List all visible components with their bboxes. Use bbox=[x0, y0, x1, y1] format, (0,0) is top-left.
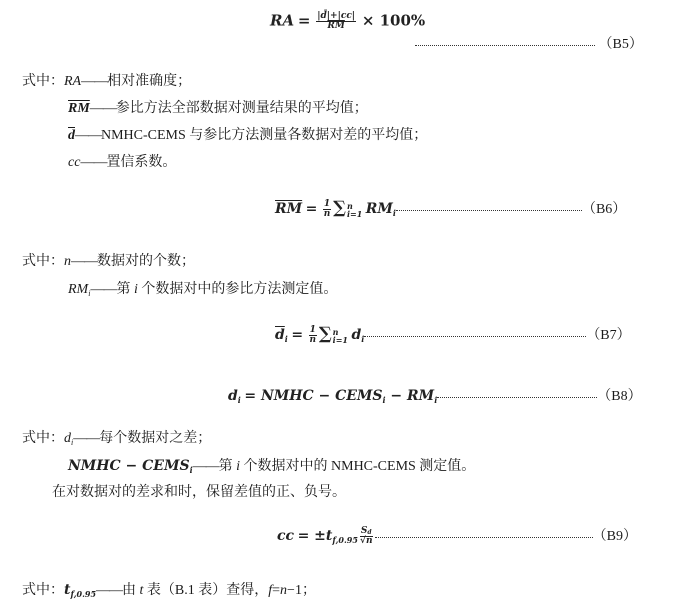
dot-leader bbox=[375, 537, 593, 538]
where-block-b6: 式中：n——数据对的个数； bbox=[22, 255, 195, 269]
def-text-n: n bbox=[280, 583, 287, 598]
em-dash: —— bbox=[193, 459, 219, 474]
b7-frac-den: n bbox=[309, 336, 317, 345]
where-label: 式中： bbox=[22, 583, 64, 598]
em-dash: —— bbox=[81, 74, 107, 89]
equation-b9: cc = ±tf,0.95 Sd √n （B9） bbox=[277, 527, 637, 547]
b9-rhs: = ±t bbox=[298, 528, 333, 544]
b8-lhs-sub: i bbox=[238, 395, 241, 405]
where-label: 式中： bbox=[22, 74, 64, 89]
em-dash: —— bbox=[80, 155, 106, 170]
equation-b5-leader: （B5） bbox=[415, 38, 643, 52]
def-symbol-rm-i: RM bbox=[68, 282, 88, 297]
def-symbol-n: n bbox=[64, 254, 71, 269]
em-dash: —— bbox=[73, 431, 99, 446]
def-symbol-t-sub: f,0.95 bbox=[70, 589, 96, 599]
b5-denominator: RM bbox=[316, 22, 356, 31]
def-text-rm-bar: 参比方法全部数据对测量结果的平均值； bbox=[116, 101, 368, 116]
dot-leader bbox=[415, 45, 595, 46]
equation-number-b9: （B9） bbox=[593, 529, 637, 544]
def-rm-i: RMi——第 i 个数据对中的参比方法测定值。 bbox=[68, 283, 337, 298]
b9-rhs-sub: f,0.95 bbox=[332, 535, 358, 545]
def-d-bar: d——NMHC-CEMS 与参比方法测量各数据对差的平均值； bbox=[68, 129, 427, 143]
em-dash: —— bbox=[96, 583, 122, 598]
note-sign-rule: 在对数据对的差求和时，保留差值的正、负号。 bbox=[52, 486, 346, 500]
sum-icon: ∑ bbox=[319, 324, 332, 344]
em-dash: —— bbox=[75, 128, 101, 143]
def-text-d-i: 每个数据对之差； bbox=[99, 431, 211, 446]
equation-b7: di = 1 n ∑ni=1 di（B7） bbox=[275, 326, 631, 346]
b5-eq: = bbox=[298, 11, 311, 29]
b5-times: × 100% bbox=[362, 11, 425, 29]
sum-icon: ∑ bbox=[333, 198, 346, 218]
def-symbol-cc: cc bbox=[68, 155, 80, 170]
def-text-pre: 第 bbox=[219, 459, 237, 474]
b7-lhs: d bbox=[275, 327, 285, 343]
dot-leader bbox=[437, 397, 597, 398]
def-text-cc: 置信系数。 bbox=[106, 155, 176, 170]
b7-term: d bbox=[351, 327, 361, 343]
dot-leader bbox=[396, 210, 582, 211]
equation-number-b5: （B5） bbox=[599, 37, 643, 52]
b6-sum-limits: ni=1 bbox=[347, 202, 362, 218]
def-text-d-bar: NMHC-CEMS 与参比方法测量各数据对差的平均值； bbox=[101, 128, 427, 143]
def-symbol-nmhc-cems: NMHC − CEMS bbox=[68, 458, 190, 474]
note-text: 在对数据对的差求和时，保留差值的正、负号。 bbox=[52, 485, 346, 500]
dot-leader bbox=[364, 336, 586, 337]
def-text-eq: = bbox=[272, 583, 280, 598]
where-block-b9: 式中：tf,0.95——由 t 表（B.1 表）查得，f=n−1； bbox=[22, 583, 316, 598]
b6-lhs: RM bbox=[275, 201, 302, 217]
equation-b5: RA = |d̄|+|cc| RM × 100% bbox=[270, 12, 425, 32]
b9-fraction: Sd √n bbox=[360, 527, 373, 547]
b7-fraction: 1 n bbox=[309, 326, 317, 346]
equation-b6: RM = 1 n ∑ni=1 RMi（B6） bbox=[275, 200, 626, 220]
b6-eq: = bbox=[306, 201, 318, 217]
def-text-ra: 相对准确度； bbox=[107, 74, 191, 89]
def-symbol-d-bar: d bbox=[68, 128, 75, 143]
b5-fraction: |d̄|+|cc| RM bbox=[316, 12, 356, 32]
def-symbol-ra: RA bbox=[64, 74, 81, 89]
def-text-pre: 由 bbox=[122, 583, 140, 598]
b6-frac-den: n bbox=[323, 210, 331, 219]
b8-rhs: = NMHC − CEMS bbox=[244, 388, 382, 404]
def-symbol-rm-bar: RM bbox=[68, 101, 90, 116]
def-nmhc-cems-i: NMHC − CEMSi——第 i 个数据对中的 NMHC-CEMS 测定值。 bbox=[68, 459, 475, 474]
b6-fraction: 1 n bbox=[323, 200, 331, 220]
def-text-pre: 第 bbox=[116, 282, 134, 297]
equation-number-b7: （B7） bbox=[586, 328, 630, 343]
b7-eq: = bbox=[291, 327, 303, 343]
where-label: 式中： bbox=[22, 431, 64, 446]
def-text-n: 数据对的个数； bbox=[97, 254, 195, 269]
def-rm-bar: RM——参比方法全部数据对测量结果的平均值； bbox=[68, 102, 368, 116]
where-block-b5: 式中：RA——相对准确度； bbox=[22, 75, 191, 89]
em-dash: —— bbox=[90, 282, 116, 297]
def-text-nmhc-cems: 个数据对中的 NMHC-CEMS 测定值。 bbox=[240, 459, 475, 474]
b8-lhs: d bbox=[228, 388, 238, 404]
b9-lhs: cc bbox=[277, 528, 294, 544]
equation-number-b6: （B6） bbox=[582, 202, 626, 217]
b8-minus: − RM bbox=[386, 388, 435, 404]
def-cc: cc——置信系数。 bbox=[68, 156, 176, 170]
where-block-b8: 式中：di——每个数据对之差； bbox=[22, 432, 211, 447]
em-dash: —— bbox=[90, 101, 116, 116]
em-dash: —— bbox=[71, 254, 97, 269]
def-text-end: −1； bbox=[287, 583, 316, 598]
equation-b8: di = NMHC − CEMSi − RMi（B8） bbox=[228, 389, 642, 404]
b7-lhs-sub: i bbox=[285, 334, 288, 344]
def-text-rm-i: 个数据对中的参比方法测定值。 bbox=[138, 282, 338, 297]
def-symbol-d-i: d bbox=[64, 431, 71, 446]
b7-sum-limits: ni=1 bbox=[333, 328, 348, 344]
equation-number-b8: （B8） bbox=[597, 389, 641, 404]
b9-frac-den: √n bbox=[360, 537, 373, 546]
where-label: 式中： bbox=[22, 254, 64, 269]
def-text-mid: 表（B.1 表）查得， bbox=[143, 583, 268, 598]
b6-term: RM bbox=[366, 201, 393, 217]
b5-lhs: RA bbox=[270, 11, 294, 29]
